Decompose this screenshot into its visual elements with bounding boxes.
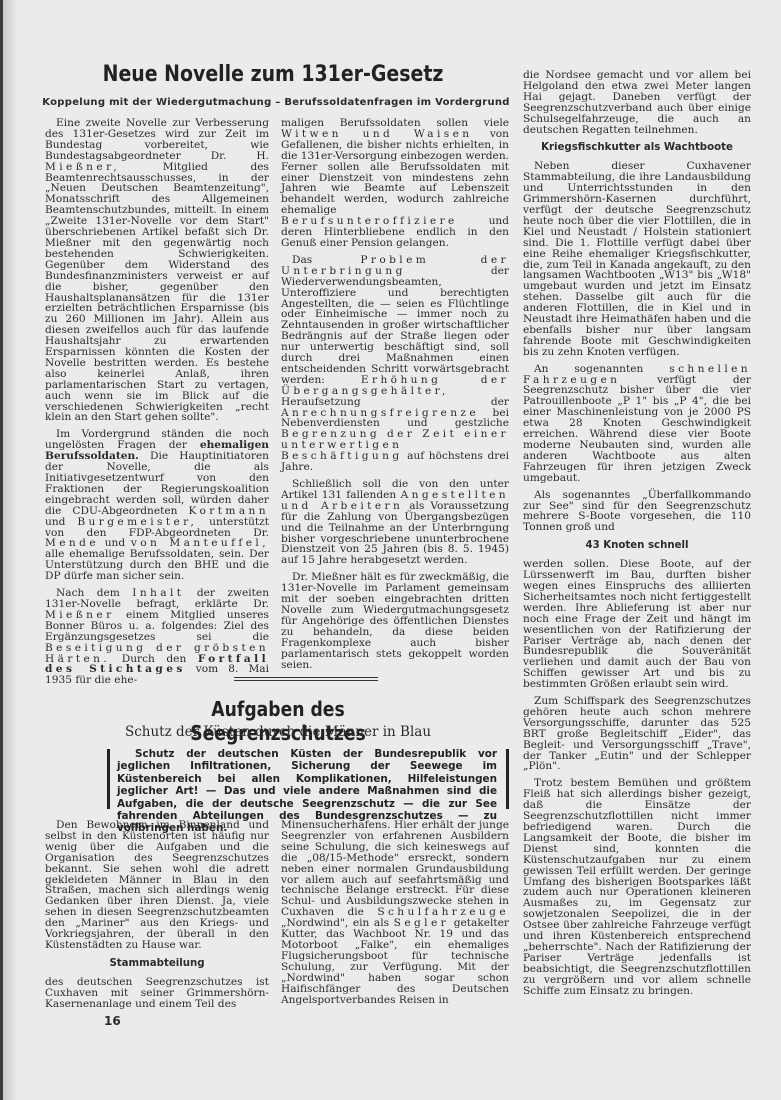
paragraph: Den Bewohnern im Binnenland und selbst i… [45, 820, 269, 951]
magazine-page: Neue Novelle zum 131er-Gesetz Koppelung … [0, 0, 781, 1100]
paragraph: Dr. Mießner hält es für zweckmäßig, die … [281, 572, 509, 670]
paragraph: Neben dieser Cuxhavener Stammabteilung, … [523, 161, 751, 357]
article1-kicker: Koppelung mit der Wiedergutmachung – Ber… [41, 97, 511, 108]
lead-bracket-right [506, 749, 509, 809]
paragraph: Nach dem Inhalt der zweiten 131er-Novell… [45, 588, 269, 686]
paragraph: des deutschen Seegrenzschutzes ist Cuxha… [45, 977, 269, 1010]
subhead-stammabteilung: Stammabteilung [45, 959, 269, 970]
page-number: 16 [104, 1014, 121, 1028]
paragraph: Zum Schiffspark des Seegrenzschutzes geh… [523, 696, 751, 772]
paragraph: Eine zweite Novelle zur Verbesserung des… [45, 118, 269, 423]
subhead-43-knoten: 43 Knoten schnell [523, 541, 751, 552]
article2-column-3: die Nordsee gemacht und vor allem bei He… [523, 70, 751, 1003]
paragraph: die Nordsee gemacht und vor allem bei He… [523, 70, 751, 135]
paragraph: Minensucherhafens. Hier erhält der junge… [281, 820, 509, 1005]
paragraph: Als sogenanntes „Überfallkommando zur Se… [523, 490, 751, 534]
paragraph: werden sollen. Diese Boote, auf der Lürs… [523, 559, 751, 690]
article2-column-1: Den Bewohnern im Binnenland und selbst i… [45, 820, 269, 1016]
article1-column-2: maligen Berufssoldaten sollen viele Witw… [281, 118, 509, 676]
paragraph: Im Vordergrund ständen die noch ungelöst… [45, 429, 269, 582]
paragraph: Das Problem der Unterbringung der Wieder… [281, 255, 509, 473]
article2-column-2: Minensucherhafens. Hier erhält der junge… [281, 820, 509, 1011]
subhead-kriegsfischkutter: Kriegsfischkutter als Wachtboote [523, 143, 751, 154]
article1-column-1: Eine zweite Novelle zur Verbesserung des… [45, 118, 269, 692]
article1-title: Neue Novelle zum 131er-Gesetz [75, 62, 471, 87]
section-divider-bottom [234, 680, 378, 681]
paragraph: Schließlich soll die von den unter Artik… [281, 479, 509, 566]
section-divider-top [234, 677, 378, 678]
article2-subtitle: Schutz der Küsten durch die Männer in Bl… [113, 724, 443, 740]
lead-bracket-left [107, 749, 110, 809]
paragraph: An sogenannten schnellen Fahrzeugen verf… [523, 364, 751, 484]
paragraph: maligen Berufssoldaten sollen viele Witw… [281, 118, 509, 249]
paragraph: Trotz bestem Bemühen und größtem Fleiß h… [523, 778, 751, 996]
